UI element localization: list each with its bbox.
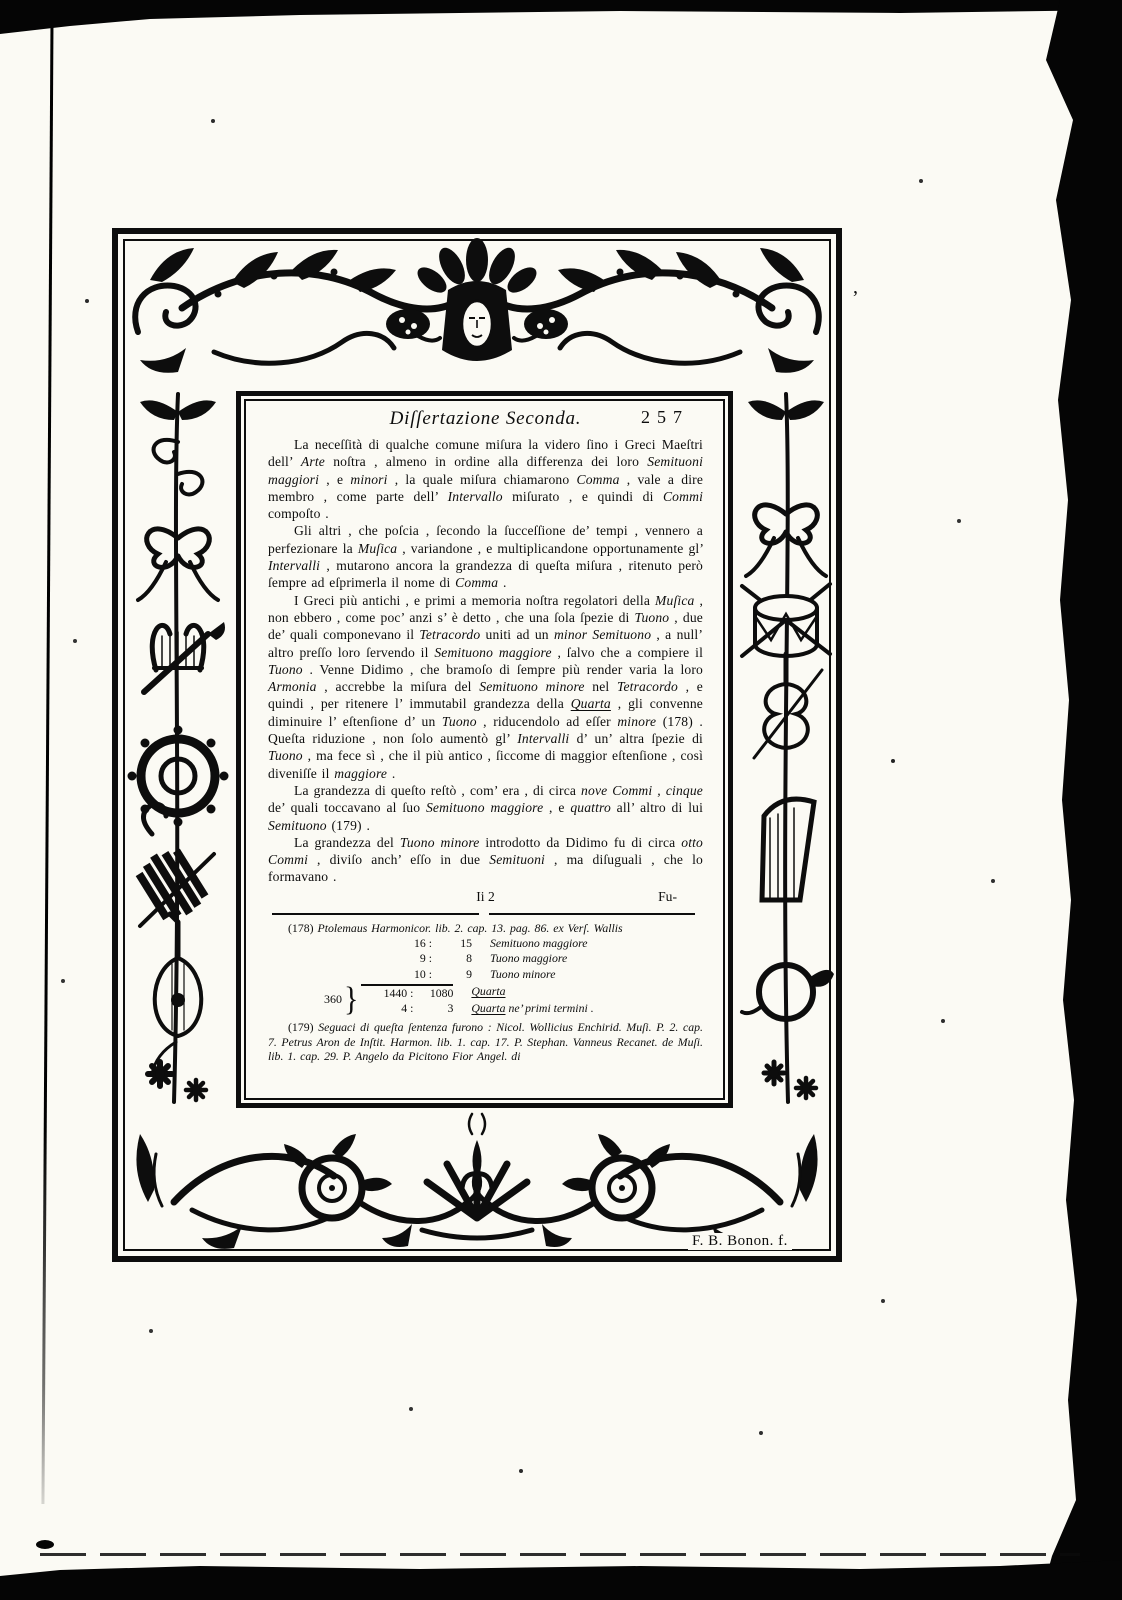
table-row: 9 : 8 Tuono maggiore <box>384 951 703 966</box>
brace-group: 360 } 1440 :1080 Quarta 4 :3 Quarta ne’ … <box>324 984 703 1016</box>
paragraph: La grandezza del Tuono minore introdotto… <box>268 834 703 886</box>
running-head: Diſſertazione Seconda. 257 <box>268 408 703 436</box>
acanthus-garland-ornament <box>122 1106 832 1252</box>
text-panel: Diſſertazione Seconda. 257 La neceſſità … <box>236 391 733 1108</box>
table-row: 16 : 15 Semituono maggiore <box>384 936 703 951</box>
ornament-band-left <box>116 386 230 1108</box>
page-number: 257 <box>641 407 689 428</box>
book-page-scan: { "colors": {"ink": "#0d0d0d", "paper": … <box>0 0 1122 1600</box>
rosette-icon <box>284 1134 392 1218</box>
gathering-mark: Ii 2 <box>476 889 495 904</box>
ornament-band-right <box>734 386 838 1108</box>
harp-icon <box>762 799 814 900</box>
text-panel-inner: Diſſertazione Seconda. 257 La neceſſità … <box>244 399 725 1100</box>
footnote-178: (178) Ptolemaus Harmonicor. lib. 2. cap.… <box>268 921 703 935</box>
instrument-trophy-left <box>116 386 230 1108</box>
brace-icon: } <box>344 983 358 1017</box>
binding-crease-end <box>36 1540 54 1549</box>
scan-edge-top <box>0 0 1122 36</box>
table-row: 4 :3 Quarta ne’ primi termini . <box>361 1001 593 1016</box>
scan-edge-bottom-dashes <box>40 1553 1080 1556</box>
table-row: 1440 :1080 Quarta <box>361 984 593 1001</box>
brace-value: 360 <box>324 992 342 1007</box>
table-row: 10 : 9 Tuono minore <box>384 967 703 982</box>
body-text: La neceſſità di qualche comune miſura la… <box>268 436 703 886</box>
catchword: Fu- <box>658 889 677 905</box>
stray-ink-mark: , <box>853 276 858 299</box>
paragraph: I Greci più antichi , e primi a memoria … <box>268 592 703 782</box>
footnote-rule <box>272 913 695 915</box>
baroque-scroll-ornament <box>122 236 832 388</box>
flower-icon <box>764 1062 816 1098</box>
page-title: Diſſertazione Seconda. <box>390 408 582 429</box>
footnotes: (178) Ptolemaus Harmonicor. lib. 2. cap.… <box>268 913 703 1064</box>
signature-line: Ii 2 Fu- <box>268 889 703 907</box>
ratio-table: 16 : 15 Semituono maggiore 9 : 8 Tuono m… <box>384 936 703 982</box>
paragraph: Gli altri , che poſcia , ſecondo la ſucc… <box>268 522 703 591</box>
brace-rows: 1440 :1080 Quarta 4 :3 Quarta ne’ primi … <box>361 984 593 1016</box>
binding-crease-line <box>41 12 53 1504</box>
paragraph: La neceſſità di qualche comune miſura la… <box>268 436 703 522</box>
panpipes-icon <box>131 804 214 927</box>
footnote-179: (179) Seguaci di queſta ſentenza furono … <box>268 1020 703 1063</box>
ornament-band-bottom <box>122 1106 832 1252</box>
paragraph: La grandezza di queſto reſtò , com’ era … <box>268 782 703 834</box>
engraver-credit: F. B. Bonon. f. <box>688 1233 792 1250</box>
ornament-band-top <box>122 236 832 388</box>
instrument-trophy-right <box>734 386 838 1108</box>
scan-edge-bottom <box>0 1540 1122 1600</box>
